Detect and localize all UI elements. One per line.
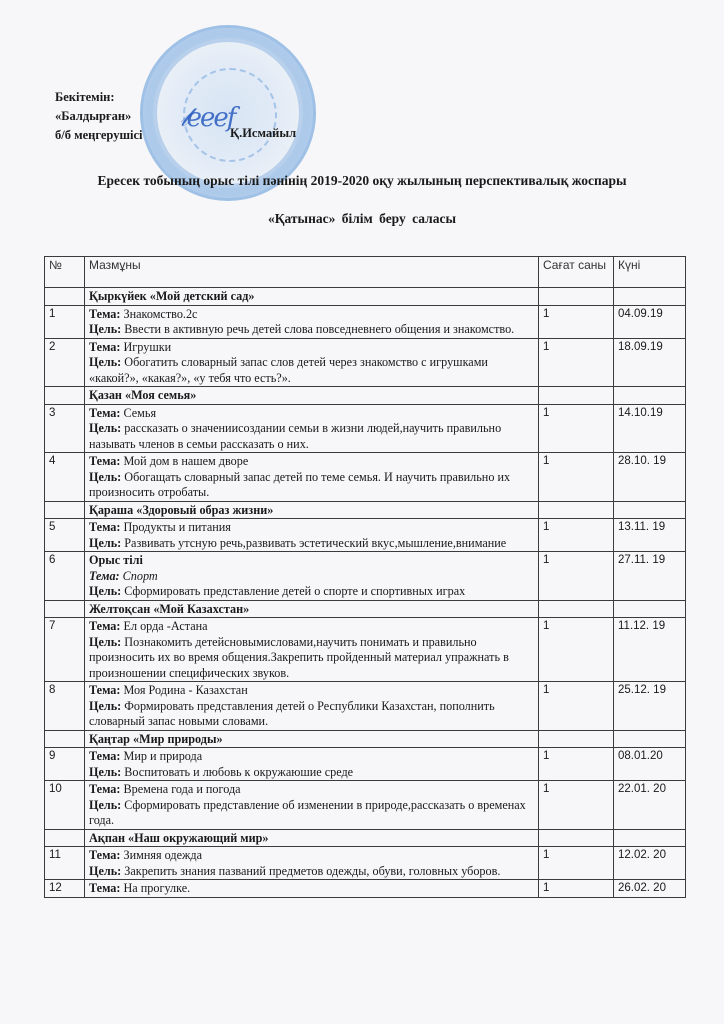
month-hours-cell: [539, 387, 614, 405]
row-content: Тема: СемьяЦель: рассказать о значениисо…: [85, 404, 539, 453]
topic-label: Тема:: [89, 782, 124, 796]
month-row: Қаңтар «Мир природы»: [45, 730, 686, 748]
row-number: 8: [45, 682, 85, 731]
goal-label: Цель:: [89, 798, 124, 812]
row-topic: Тема: Игрушки: [89, 340, 534, 356]
goal-value: Развивать утсную речь,развивать эстетиче…: [124, 536, 506, 550]
table-row: 1Тема: Знакомство.2сЦель: Ввести в актив…: [45, 305, 686, 338]
row-date: 08.01.20: [614, 748, 686, 781]
goal-value: Воспитовать и любовь к окружаюшие среде: [124, 765, 353, 779]
goal-label: Цель:: [89, 536, 124, 550]
goal-value: Закрепить знания пазваний предметов одеж…: [124, 864, 500, 878]
row-hours: 1: [539, 847, 614, 880]
row-goal: Цель: рассказать о значениисоздании семь…: [89, 421, 534, 452]
goal-value: Сформировать представление об изменении …: [89, 798, 526, 828]
month-hours-cell: [539, 730, 614, 748]
month-row: Ақпан «Наш окружающий мир»: [45, 829, 686, 847]
topic-value: На прогулке.: [124, 881, 191, 895]
row-date: 12.02. 20: [614, 847, 686, 880]
row-topic: Тема: Мир и природа: [89, 749, 534, 765]
row-number: 6: [45, 552, 85, 601]
topic-label: Тема:: [89, 569, 123, 583]
row-content: Тема: Времена года и погодаЦель: Сформир…: [85, 781, 539, 830]
month-date-cell: [614, 829, 686, 847]
topic-label: Тема:: [89, 848, 124, 862]
row-content: Тема: Мир и природаЦель: Воспитовать и л…: [85, 748, 539, 781]
document-subtitle: «Қатынас» білім беру саласы: [0, 211, 724, 227]
approval-position: б/б меңгерушісі: [55, 126, 143, 145]
header-hours: Сағат саны: [539, 257, 614, 288]
row-date: 04.09.19: [614, 305, 686, 338]
header-content: Мазмұны: [85, 257, 539, 288]
row-goal: Цель: Обогатить словарный запас слов дет…: [89, 355, 534, 386]
topic-label: Тема:: [89, 619, 124, 633]
row-content: Тема: Зимняя одеждаЦель: Закрепить знани…: [85, 847, 539, 880]
goal-value: Ввести в активную речь детей слова повсе…: [124, 322, 514, 336]
row-topic: Тема: Знакомство.2с: [89, 307, 534, 323]
row-topic: Тема: Ел орда -Астана: [89, 619, 534, 635]
goal-label: Цель:: [89, 355, 124, 369]
row-topic: Тема: Времена года и погода: [89, 782, 534, 798]
month-hours-cell: [539, 501, 614, 519]
month-row: Қазан «Моя семья»: [45, 387, 686, 405]
table-row: 11Тема: Зимняя одеждаЦель: Закрепить зна…: [45, 847, 686, 880]
goal-label: Цель:: [89, 421, 124, 435]
row-hours: 1: [539, 682, 614, 731]
row-goal: Цель: Развивать утсную речь,развивать эс…: [89, 536, 534, 552]
row-number: 3: [45, 404, 85, 453]
month-num-cell: [45, 387, 85, 405]
topic-value: Ел орда -Астана: [124, 619, 208, 633]
row-topic: Тема: Моя Родина - Казахстан: [89, 683, 534, 699]
row-goal: Цель: Познакомить детейсновымисловами,на…: [89, 635, 534, 682]
row-hours: 1: [539, 880, 614, 898]
row-number: 2: [45, 338, 85, 387]
month-num-cell: [45, 288, 85, 306]
approval-block: Бекітемін: «Балдырған» б/б меңгерушісі: [55, 88, 143, 145]
row-topic: Тема: Зимняя одежда: [89, 848, 534, 864]
month-date-cell: [614, 501, 686, 519]
goal-value: Познакомить детейсновымисловами,научить …: [89, 635, 509, 680]
topic-label: Тема:: [89, 307, 124, 321]
topic-value: Мир и природа: [124, 749, 203, 763]
month-date-cell: [614, 730, 686, 748]
topic-value: Мой дом в нашем дворе: [124, 454, 249, 468]
row-date: 13.11. 19: [614, 519, 686, 552]
month-row: Желтоқсан «Мой Казахстан»: [45, 600, 686, 618]
table-row: 4Тема: Мой дом в нашем двореЦель: Обогащ…: [45, 453, 686, 502]
goal-value: Формировать представления детей о Респуб…: [89, 699, 495, 729]
topic-label: Тема:: [89, 340, 124, 354]
header-num: №: [45, 257, 85, 288]
row-number: 10: [45, 781, 85, 830]
topic-label: Тема:: [89, 683, 124, 697]
table-header: № Мазмұны Сағат саны Күні: [45, 257, 686, 288]
approver-name: Қ.Исмайыл: [230, 126, 296, 141]
signature: 𝓁eeef: [180, 103, 234, 134]
month-title: Қараша «Здоровый образ жизни»: [85, 501, 539, 519]
table-row: 12Тема: На прогулке.126.02. 20: [45, 880, 686, 898]
month-row: Қараша «Здоровый образ жизни»: [45, 501, 686, 519]
table-row: 10Тема: Времена года и погодаЦель: Сформ…: [45, 781, 686, 830]
row-hours: 1: [539, 453, 614, 502]
row-hours: 1: [539, 781, 614, 830]
topic-value: Семья: [124, 406, 157, 420]
table-row: 5Тема: Продукты и питанияЦель: Развивать…: [45, 519, 686, 552]
row-hours: 1: [539, 552, 614, 601]
month-hours-cell: [539, 829, 614, 847]
row-content: Орыс тіліТема: СпортЦель: Сформировать п…: [85, 552, 539, 601]
topic-value: Продукты и питания: [124, 520, 231, 534]
row-number: 9: [45, 748, 85, 781]
month-title: Қыркүйек «Мой детский сад»: [85, 288, 539, 306]
month-num-cell: [45, 730, 85, 748]
row-hours: 1: [539, 305, 614, 338]
goal-value: Сформировать представление детей о спорт…: [124, 584, 465, 598]
month-title: Желтоқсан «Мой Казахстан»: [85, 600, 539, 618]
month-title: Ақпан «Наш окружающий мир»: [85, 829, 539, 847]
goal-label: Цель:: [89, 470, 124, 484]
month-date-cell: [614, 288, 686, 306]
row-content: Тема: Моя Родина - КазахстанЦель: Формир…: [85, 682, 539, 731]
row-goal: Цель: Воспитовать и любовь к окружаюшие …: [89, 765, 534, 781]
table-row: 7Тема: Ел орда -АстанаЦель: Познакомить …: [45, 618, 686, 682]
row-content: Тема: ИгрушкиЦель: Обогатить словарный з…: [85, 338, 539, 387]
topic-label: Тема:: [89, 881, 124, 895]
row-topic: Тема: На прогулке.: [89, 881, 534, 897]
topic-label: Тема:: [89, 454, 124, 468]
goal-label: Цель:: [89, 322, 124, 336]
goal-label: Цель:: [89, 864, 124, 878]
month-hours-cell: [539, 288, 614, 306]
month-hours-cell: [539, 600, 614, 618]
row-hours: 1: [539, 748, 614, 781]
topic-value: Игрушки: [124, 340, 172, 354]
row-number: 5: [45, 519, 85, 552]
goal-value: Обогащать словарный запас детей по теме …: [89, 470, 510, 500]
topic-value: Моя Родина - Казахстан: [124, 683, 248, 697]
plan-table: № Мазмұны Сағат саны Күні Қыркүйек «Мой …: [44, 256, 686, 898]
row-content: Тема: Мой дом в нашем двореЦель: Обогаща…: [85, 453, 539, 502]
row-hours: 1: [539, 519, 614, 552]
month-title: Қаңтар «Мир природы»: [85, 730, 539, 748]
row-number: 11: [45, 847, 85, 880]
goal-label: Цель:: [89, 699, 124, 713]
row-goal: Цель: Обогащать словарный запас детей по…: [89, 470, 534, 501]
row-goal: Цель: Закрепить знания пазваний предмето…: [89, 864, 534, 880]
row-number: 7: [45, 618, 85, 682]
row-goal: Цель: Сформировать представление детей о…: [89, 584, 534, 600]
row-number: 12: [45, 880, 85, 898]
header-date: Күні: [614, 257, 686, 288]
row-goal: Цель: Формировать представления детей о …: [89, 699, 534, 730]
row-content: Тема: Продукты и питанияЦель: Развивать …: [85, 519, 539, 552]
row-hours: 1: [539, 618, 614, 682]
row-date: 18.09.19: [614, 338, 686, 387]
month-num-cell: [45, 501, 85, 519]
goal-label: Цель:: [89, 765, 124, 779]
table-row: 9Тема: Мир и природаЦель: Воспитовать и …: [45, 748, 686, 781]
row-content: Тема: Знакомство.2сЦель: Ввести в активн…: [85, 305, 539, 338]
row-date: 25.12. 19: [614, 682, 686, 731]
topic-value: Зимняя одежда: [124, 848, 203, 862]
row-date: 26.02. 20: [614, 880, 686, 898]
goal-value: рассказать о значениисоздании семьи в жи…: [89, 421, 501, 451]
row-number: 4: [45, 453, 85, 502]
topic-label: Тема:: [89, 520, 124, 534]
month-title: Қазан «Моя семья»: [85, 387, 539, 405]
topic-label: Тема:: [89, 749, 124, 763]
row-goal: Цель: Ввести в активную речь детей слова…: [89, 322, 534, 338]
topic-value: Времена года и погода: [124, 782, 241, 796]
goal-value: Обогатить словарный запас слов детей чер…: [89, 355, 488, 385]
row-hours: 1: [539, 338, 614, 387]
month-row: Қыркүйек «Мой детский сад»: [45, 288, 686, 306]
approval-org: «Балдырған»: [55, 107, 143, 126]
row-date: 11.12. 19: [614, 618, 686, 682]
row-content: Тема: На прогулке.: [85, 880, 539, 898]
topic-value: Знакомство.2с: [124, 307, 198, 321]
table-row: 8Тема: Моя Родина - КазахстанЦель: Форми…: [45, 682, 686, 731]
table-row: 6Орыс тіліТема: СпортЦель: Сформировать …: [45, 552, 686, 601]
row-topic: Тема: Семья: [89, 406, 534, 422]
month-date-cell: [614, 600, 686, 618]
goal-label: Цель:: [89, 584, 124, 598]
row-date: 27.11. 19: [614, 552, 686, 601]
month-num-cell: [45, 600, 85, 618]
row-heading: Орыс тілі: [89, 553, 534, 569]
row-hours: 1: [539, 404, 614, 453]
row-date: 28.10. 19: [614, 453, 686, 502]
month-num-cell: [45, 829, 85, 847]
row-content: Тема: Ел орда -АстанаЦель: Познакомить д…: [85, 618, 539, 682]
row-topic: Тема: Спорт: [89, 569, 534, 585]
table-row: 2Тема: ИгрушкиЦель: Обогатить словарный …: [45, 338, 686, 387]
table-row: 3Тема: СемьяЦель: рассказать о значениис…: [45, 404, 686, 453]
month-date-cell: [614, 387, 686, 405]
row-topic: Тема: Продукты и питания: [89, 520, 534, 536]
row-date: 14.10.19: [614, 404, 686, 453]
row-goal: Цель: Сформировать представление об изме…: [89, 798, 534, 829]
row-number: 1: [45, 305, 85, 338]
approval-label: Бекітемін:: [55, 88, 143, 107]
row-date: 22.01. 20: [614, 781, 686, 830]
topic-value: Спорт: [123, 569, 158, 583]
goal-label: Цель:: [89, 635, 124, 649]
topic-label: Тема:: [89, 406, 124, 420]
document-title: Ересек тобының орыс тілі пәнінің 2019-20…: [0, 173, 724, 189]
row-topic: Тема: Мой дом в нашем дворе: [89, 454, 534, 470]
